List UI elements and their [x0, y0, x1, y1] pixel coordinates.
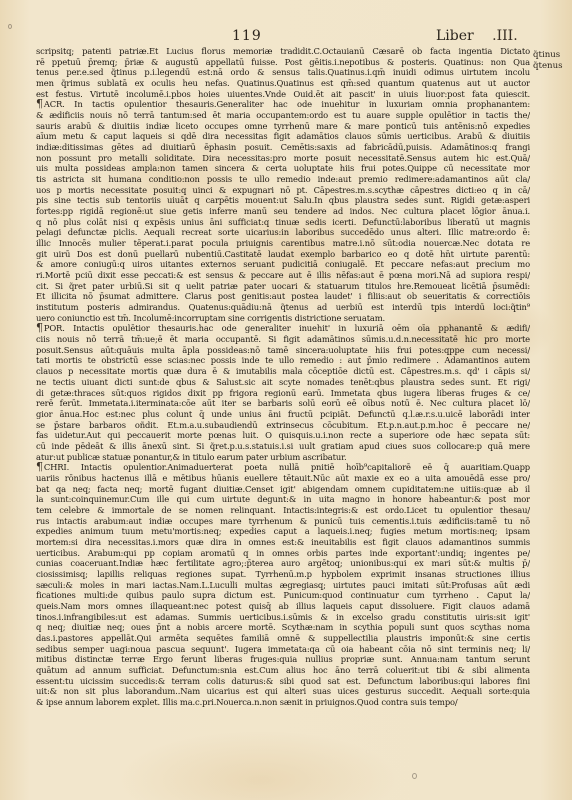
folio-number: 119	[232, 28, 262, 44]
text-line: tis astricta sit humana conditio:non pos…	[36, 174, 530, 185]
text-line: men q̃rimus sublatā ex oculis heu nefas.…	[36, 78, 530, 89]
book-page: 119 Liber .III. q̃tinus q̃tenus scripsit…	[0, 0, 572, 800]
text-line: est festus. Virtutē incolumē.i.pbos hoie…	[36, 89, 530, 100]
text-line: uis multa possideas ampla:non tamen sinc…	[36, 163, 530, 174]
text-line: pis sine tectis sub tentoriis uiuāt q ca…	[36, 195, 530, 206]
text-line: uerticibus. Arabum:qui pp copiam aromatū…	[36, 548, 530, 559]
text-line: essent:tu uicissim succedis:& terram col…	[36, 676, 530, 687]
text-line: di getæ:thraces sūt:quos rigidos dixit p…	[36, 388, 530, 399]
text-line: uariis rōnibus hactenus illā e mētibus h…	[36, 473, 530, 484]
text-line: das.i.pastores appellāt.Qui armēta sequē…	[36, 633, 530, 644]
text-line: atur:ut publicæ statuæ ponantur,& in tit…	[36, 452, 530, 463]
text-line: & ædificiis nouis nō terrā tantum:sed ēt…	[36, 110, 530, 121]
text-line: ciosissimisq; lapillis reliquas regiones…	[36, 569, 530, 580]
text-line: cunias coaceruant.Indiæ hæc fertilitate …	[36, 558, 530, 569]
text-line: aīum metu & caput laqueis si qdē dira ne…	[36, 131, 530, 142]
text-line: mitibus distinctæ terræ Ergo ferunt libe…	[36, 654, 530, 665]
paper-speck-mark	[8, 24, 12, 29]
section-start-line: ¶POR. Intactis opulētior thesauris.hac o…	[36, 323, 530, 334]
text-line: q nō plus colāt nisi q expēsis unius āni…	[36, 217, 530, 228]
running-head-book-number: .III.	[492, 28, 518, 44]
text-line: Et illicita nō p̄sumat admittere. Clarus…	[36, 291, 530, 302]
text-line: sæculi:& moles in mari iactas.Nam.L.Lucu…	[36, 580, 530, 591]
text-line: ne tectis uiuant dicti sunt:de qbus & Sa…	[36, 377, 530, 388]
pilcrow-icon: ¶	[36, 324, 43, 332]
text-line: clauos p necessitate mortis quæ dura ē &…	[36, 366, 530, 377]
text-line: tenus per.e.sed q̃tinus p.i.legendū est:…	[36, 67, 530, 78]
text-line: tati mortis te obstrictū esse scias:nec …	[36, 355, 530, 366]
text-line: indiæ:ditissimas gētes ad diuitiarū ēpha…	[36, 142, 530, 153]
text-line: quātum ad annum sufficiat. Defunctum:sni…	[36, 665, 530, 676]
text-line: git uirū Dos est donū puellarū nubentiū.…	[36, 249, 530, 260]
text-line: non possunt pro metalli soliditate. Dira…	[36, 153, 530, 164]
text-line: & ipse annum laborem explet. Illis ma.c.…	[36, 697, 530, 708]
show-through-text	[110, 744, 530, 754]
text-line: mortem:si dira necessitas.i.mors quæ dir…	[36, 537, 530, 548]
pilcrow-icon: ¶	[36, 463, 43, 471]
text-line: gior ānua.Hoc est:nec plus colunt q̄ und…	[36, 409, 530, 420]
text-line: tinos.i.infrangibiles:ut est adamas. Sum…	[36, 612, 530, 623]
paper-speck-mark	[412, 773, 417, 779]
text-line: bat qa neq; facta neq; mortē fugant diui…	[36, 484, 530, 495]
text-line: sedibus semper uagi:noua pascua sequunt'…	[36, 644, 530, 655]
text-line: & amore coniugū:q uiros uitantes externo…	[36, 259, 530, 270]
section-start-line: ¶ACR. In tactis opulentior thesauris.Gen…	[36, 99, 530, 110]
text-line: uero coniunctio est tm̄. Incolumē:incorr…	[36, 313, 530, 324]
text-line: illic Innocēs mulier tēperat.i.parat poc…	[36, 238, 530, 249]
text-line: cit. Si q̃ret pater urbiū.Si sit q uelit…	[36, 281, 530, 292]
commentary-text-block: scripsitq; patenti patriæ.Et Lucius flor…	[36, 46, 530, 708]
text-line: uit:& non sit plus laborandum..Nam uicar…	[36, 686, 530, 697]
text-line: fas uidetur.Aut qui peccauerit morte pœn…	[36, 430, 530, 441]
text-line: pelagi defunctæ piclis. Aequali recreat …	[36, 227, 530, 238]
text-line: scripsitq; patenti patriæ.Et Lucius flor…	[36, 46, 530, 57]
text-line: ficationes multi:de quibus paulo supra d…	[36, 590, 530, 601]
text-line: institutum posteris admirandus. Quatenus…	[36, 302, 530, 313]
text-line: fortes:pp rigidā regionē:ut siue getis i…	[36, 206, 530, 217]
text-line: posuit.Sensus aūt:quāuis multa āpla poss…	[36, 345, 530, 356]
text-line: rē ppetuū p̄remq; p̄riæ & augustū appell…	[36, 57, 530, 68]
section-start-line: ¶CHRI. Intactis opulentior.Animaduertera…	[36, 462, 530, 473]
text-line: la sunt:coinquinemur.Cum ille qui cum ui…	[36, 494, 530, 505]
marginal-notes: q̃tinus q̃tenus	[533, 50, 563, 71]
text-line: ri.Mortē pciū dixit esse peccati:& est s…	[36, 270, 530, 281]
text-line: sauris arabū & diuitiis indiæ liceto occ…	[36, 121, 530, 132]
text-line: ciis nouis nō terrā tm̄:ue;ē ēt maria oc…	[36, 334, 530, 345]
margin-note: q̃tinus	[533, 50, 563, 61]
running-head: Liber .III.	[436, 28, 518, 44]
text-line: rerē ferūt. Immetata.i.iterminata:cōe aū…	[36, 398, 530, 409]
text-line: rus intactis arabum:aut indiæ occupes ma…	[36, 516, 530, 527]
text-line: expedies animum tuum metu'mortis:neq; ex…	[36, 526, 530, 537]
text-line: queis.Nam mors omnes illaqueant:nec pote…	[36, 601, 530, 612]
text-line: se p̄stare barbaros oñdit. Et.m.a.u.suba…	[36, 420, 530, 431]
text-line: tem celebre & immortale de se nomen reli…	[36, 505, 530, 516]
margin-note: q̃tenus	[533, 61, 563, 72]
running-head-book-label: Liber	[436, 28, 474, 44]
text-line: uos p mortis necessitate posuit:q uinci …	[36, 185, 530, 196]
text-line: cū inde pēdeāt & illis ānexū sint. Si q̃…	[36, 441, 530, 452]
text-line: q neq; diuitiæ neq; oues p̄nt a nobis ar…	[36, 622, 530, 633]
pilcrow-icon: ¶	[36, 100, 43, 108]
